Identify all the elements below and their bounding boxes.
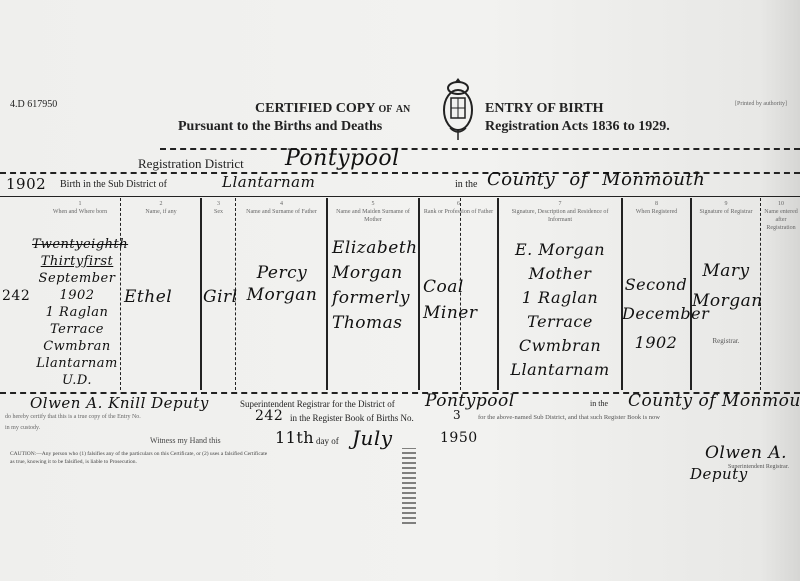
informant-signature: E. Morgan: [500, 238, 620, 262]
child-name: Ethel: [124, 286, 172, 308]
informant-address: Terrace: [500, 310, 620, 334]
registered-day: Second: [622, 270, 690, 299]
col-header-7: 7Signature, Description and Residence of…: [499, 200, 621, 224]
deputy-signature: Deputy: [690, 465, 748, 483]
title-right-line2: Registration Acts 1836 to 1929.: [485, 119, 670, 135]
informant: E. Morgan Mother 1 Raglan Terrace Cwmbra…: [500, 238, 620, 382]
father-surname: Morgan: [236, 284, 328, 306]
witness-label: Witness my Hand this: [150, 436, 221, 445]
certification-entry-no: 242: [255, 408, 283, 424]
certification-book-no: 3: [453, 408, 461, 422]
mother-name: Elizabeth Morgan formerly Thomas: [332, 236, 418, 336]
county-value: County of Monmouth: [487, 169, 705, 190]
column-divider: [497, 198, 499, 390]
certification-line2-a: do hereby certify that this is a true co…: [5, 414, 141, 420]
col-num: 2: [122, 200, 200, 208]
mother-formerly: formerly: [332, 286, 418, 311]
official-stamp-icon: [402, 448, 416, 524]
birth-certificate: 4.D 617950 [Printed by authority] CERTIF…: [0, 0, 800, 581]
when-where-born: Twentyeighth Thirtyfirst September 1902 …: [32, 236, 122, 389]
col-label: When and Where born: [40, 208, 120, 216]
title-right-line1: ENTRY OF BIRTH: [485, 101, 604, 117]
col-num: 3: [202, 200, 235, 208]
certification-line2-c: for the above-named Sub District, and th…: [478, 414, 660, 421]
col-num: 9: [692, 200, 760, 208]
registered-month: December: [622, 299, 690, 328]
occupation-line: Coal: [423, 274, 477, 300]
mother-surname: Morgan: [332, 261, 418, 286]
title-left-line2: Pursuant to the Births and Deaths: [178, 119, 382, 135]
county-label: in the: [455, 179, 478, 190]
witness-day: 11th: [275, 428, 314, 447]
mother-maiden-name: Thomas: [332, 311, 418, 336]
registrar-signature: Mary Morgan: [692, 256, 760, 316]
certifier-signature: Olwen A. Knill Deputy: [30, 394, 209, 412]
birth-address: Llantarnam: [32, 355, 122, 372]
divider: [0, 196, 800, 197]
when-registered: Second December 1902: [622, 270, 690, 357]
superintendent-signature: Olwen A.: [705, 443, 787, 463]
registered-year: 1902: [622, 328, 690, 357]
col-label: Signature, Description and Residence of …: [499, 208, 621, 224]
col-label: Name, if any: [122, 208, 200, 216]
birth-address: Terrace: [32, 321, 122, 338]
col-label: Signature of Registrar: [692, 208, 760, 216]
birth-day-corrected: Thirtyfirst: [32, 253, 122, 270]
birth-address: Cwmbran: [32, 338, 122, 355]
subdistrict-value: Llantarnam: [222, 173, 315, 191]
col-num: 4: [237, 200, 326, 208]
witness-year: 1950: [440, 430, 478, 446]
entry-number: 242: [2, 288, 30, 304]
informant-relation: Mother: [500, 262, 620, 286]
col-num: 7: [499, 200, 621, 208]
printer-note: [Printed by authority]: [735, 101, 787, 107]
col-label: Name and Surname of Father: [237, 208, 326, 216]
birth-day-line: Twentyeighth: [32, 236, 122, 253]
column-divider: [418, 198, 420, 390]
certificate-serial: 4.D 617950: [10, 99, 57, 110]
mother-first-name: Elizabeth: [332, 236, 418, 261]
child-sex: Girl: [203, 286, 238, 308]
birth-month: September: [32, 270, 122, 287]
subdistrict-label: Birth in the Sub District of: [60, 179, 167, 190]
district-value: Pontypool: [285, 146, 400, 171]
col-header-10: 10Name entered after Registration: [762, 200, 800, 232]
col-header-2: 2Name, if any: [122, 200, 200, 216]
certification-line2-b: in the Register Book of Births No.: [290, 413, 414, 423]
birth-address: 1 Raglan: [32, 304, 122, 321]
col-num: 8: [623, 200, 690, 208]
informant-address: 1 Raglan: [500, 286, 620, 310]
registrar-first-name: Mary: [692, 256, 760, 286]
column-divider: [200, 198, 202, 390]
occupation-line: Miner: [423, 300, 477, 326]
col-header-5: 5Name and Maiden Surname of Mother: [328, 200, 418, 224]
informant-address: Llantarnam: [500, 358, 620, 382]
father-occupation: Coal Miner: [423, 274, 477, 326]
col-num: 5: [328, 200, 418, 208]
col-header-6: 6Rank or Profession of Father: [420, 200, 497, 216]
royal-crest-icon: [440, 76, 476, 142]
witness-day-of: day of: [316, 436, 339, 446]
witness-month: July: [352, 426, 393, 450]
divider: [160, 148, 800, 150]
registration-year: 1902: [6, 175, 46, 193]
col-header-8: 8When Registered: [623, 200, 690, 216]
col-label: Name entered after Registration: [762, 208, 800, 232]
col-num: 1: [40, 200, 120, 208]
col-label: Sex: [202, 208, 235, 216]
col-label: Rank or Profession of Father: [420, 208, 497, 216]
registrar-surname: Morgan: [692, 286, 760, 316]
col-label: When Registered: [623, 208, 690, 216]
certification-text-b: in the: [590, 399, 608, 408]
certification-county: County of Monmouth: [628, 391, 800, 411]
certification-district: Pontypool: [425, 391, 515, 411]
birth-year: 1902: [32, 287, 122, 304]
col-header-3: 3Sex: [202, 200, 235, 216]
father-first-name: Percy: [236, 262, 328, 284]
caution-notice: CAUTION:—Any person who (1) falsifies an…: [10, 450, 270, 466]
informant-address: Cwmbran: [500, 334, 620, 358]
col-num: 10: [762, 200, 800, 208]
district-label: Registration District: [138, 156, 244, 172]
col-label: Name and Maiden Surname of Mother: [328, 208, 418, 224]
col-header-4: 4Name and Surname of Father: [237, 200, 326, 216]
certification-line3: in my custody.: [5, 425, 40, 431]
birth-address: U.D.: [32, 372, 122, 389]
father-name: Percy Morgan: [236, 262, 328, 306]
col-header-1: 1When and Where born: [40, 200, 120, 216]
registrar-title: Registrar.: [692, 337, 760, 345]
col-header-9: 9Signature of Registrar: [692, 200, 760, 216]
title-left-line1: CERTIFIED COPY of an: [255, 101, 410, 117]
col-num: 6: [420, 200, 497, 208]
